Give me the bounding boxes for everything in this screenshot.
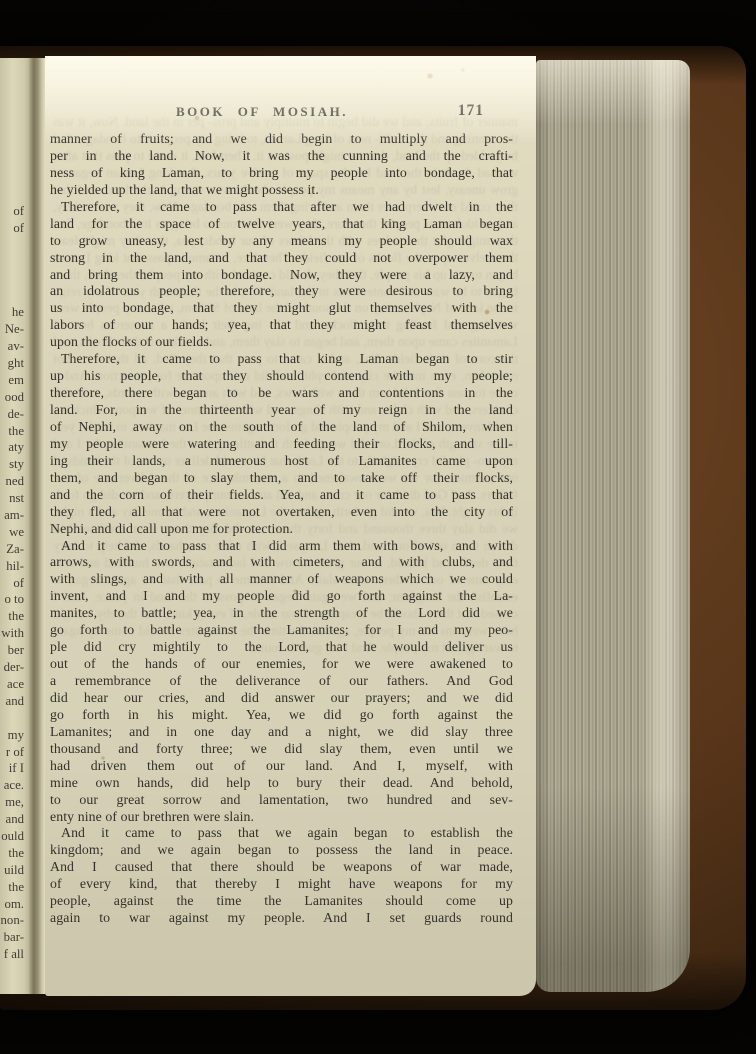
left-page-fragment: with (0, 625, 29, 642)
paragraph: And it came to pass that I did arm them … (50, 538, 513, 826)
left-page-fragment: ood (0, 389, 29, 406)
left-page-fragment: sty (0, 456, 29, 473)
left-page-fragment: aty (0, 439, 29, 456)
left-page-fragment (0, 254, 29, 271)
text-line: And it came to pass that I did arm them … (50, 538, 513, 555)
paragraph: Therefore, it came to pass that king Lam… (50, 351, 513, 537)
left-page-fragment (0, 271, 29, 288)
left-page-fragment: ace (0, 676, 29, 693)
text-line: And I caused that there should be weapon… (50, 859, 513, 876)
paragraph: And it came to pass that we again began … (50, 825, 513, 927)
text-line: and the corn of their fields. Yea, and i… (50, 487, 513, 504)
text-line: arrows, with swords, and with cimeters, … (50, 554, 513, 571)
left-page-fragment: ber (0, 642, 29, 659)
left-page-fragment: he (0, 304, 29, 321)
left-page-fragment: o to (0, 591, 29, 608)
left-page-fragment: hil- (0, 558, 29, 575)
left-page-fragment: the (0, 879, 29, 896)
left-page-fragment: bar- (0, 929, 29, 946)
left-page-fragment: ace. (0, 777, 29, 794)
text-line: my people were watering and feeding thei… (50, 436, 513, 453)
text-line: ness of king Laman, to bring my people i… (50, 165, 513, 182)
text-line: manner of fruits; and we did begin to mu… (50, 131, 513, 148)
text-line: upon the flocks of our fields. (50, 334, 513, 351)
text-line: out of the hands of our enemies, for we … (50, 656, 513, 673)
left-page-fragment (0, 287, 29, 304)
left-page-edge: ofofheNe-av-ghtemoodde-theatystynednstam… (0, 58, 29, 994)
left-page-fragment: and (0, 811, 29, 828)
text-line: again to war against my people. And I se… (50, 910, 513, 927)
text-line: per in the land. Now, it was the cunning… (50, 148, 513, 165)
left-page-fragment: Za- (0, 541, 29, 558)
text-line: up his people, that they should contend … (50, 368, 513, 385)
text-line: us into bondage, that they might glut th… (50, 300, 513, 317)
text-line: and bring them into bondage. Now, they w… (50, 267, 513, 284)
text-line: to our great sorrow and lamentation, two… (50, 792, 513, 809)
text-line: did hear our cries, and did answer our p… (50, 690, 513, 707)
left-page-fragment (0, 237, 29, 254)
text-line: mine own hands, did help to bury their d… (50, 775, 513, 792)
left-page-fragment: nst (0, 490, 29, 507)
text-line: go forth to battle against the Lamanites… (50, 622, 513, 639)
photo-background: ofofheNe-av-ghtemoodde-theatystynednstam… (0, 0, 756, 1054)
text-line: And it came to pass that we again began … (50, 825, 513, 842)
text-line: land. For, in the thirteenth year of my … (50, 402, 513, 419)
left-page-fragment: ned (0, 473, 29, 490)
left-page-fragment: de- (0, 406, 29, 423)
left-page-fragment: the (0, 608, 29, 625)
text-line: ing their lands, a numerous host of Lama… (50, 453, 513, 470)
left-page-fragment: ould (0, 828, 29, 845)
text-line: land for the space of twelve years, that… (50, 216, 513, 233)
text-line: strong in the land, and that they could … (50, 250, 513, 267)
fore-edge-pages (536, 60, 690, 992)
text-line: ple did cry mightily to the Lord, that h… (50, 639, 513, 656)
left-page-fragment: ght (0, 355, 29, 372)
left-page-fragment: the (0, 423, 29, 440)
left-page-fragment: of (0, 575, 29, 592)
text-line: they fled, all that were not overtaken, … (50, 504, 513, 521)
text-line: invent, and I and my people did go forth… (50, 588, 513, 605)
left-page-fragment: non- (0, 912, 29, 929)
left-page-fragment: uild (0, 862, 29, 879)
text-line: manites, to battle; yea, in the strength… (50, 605, 513, 622)
page-header: BOOK OF MOSIAH. 171 (49, 104, 512, 122)
page-text: manner of fruits; and we did begin to mu… (45, 131, 536, 927)
paragraph: manner of fruits; and we did begin to mu… (50, 131, 513, 199)
page-number: 171 (458, 102, 484, 120)
text-line: with slings, and with all manner of weap… (50, 571, 513, 588)
text-line: of Nephi, away on the south of the land … (50, 419, 513, 436)
left-page-fragment: if I (0, 760, 29, 777)
left-page-fragment: of (0, 220, 29, 237)
text-line: go forth in his might. Yea, we did go fo… (50, 707, 513, 724)
text-line: kingdom; and we again began to possess t… (50, 842, 513, 859)
left-page-fragment: me, (0, 794, 29, 811)
text-line: labors of our hands; yea, that they migh… (50, 317, 513, 334)
text-line: them, and began to slay them, and to tak… (50, 470, 513, 487)
text-line: enty nine of our brethren were slain. (50, 809, 513, 826)
text-line: to grow uneasy, lest by any means my peo… (50, 233, 513, 250)
left-page-fragment: am- (0, 507, 29, 524)
left-page-fragment: and (0, 693, 29, 710)
text-line: of every kind, that thereby I might have… (50, 876, 513, 893)
paragraph: Therefore, it came to pass that after we… (50, 199, 513, 351)
text-line: he yielded up the land, that we might po… (50, 182, 513, 199)
text-line: had driven them out of our land. And I, … (50, 758, 513, 775)
text-line: people, against the time the Lamanites s… (50, 893, 513, 910)
text-line: Therefore, it came to pass that after we… (50, 199, 513, 216)
left-page-fragment: Ne- (0, 321, 29, 338)
text-line: therefore, there began to be wars and co… (50, 385, 513, 402)
left-page-fragment: av- (0, 338, 29, 355)
text-line: an idolatrous people; therefore, they we… (50, 283, 513, 300)
text-line: Lamanites; and in one day and a night, w… (50, 724, 513, 741)
left-page-fragment: r of (0, 744, 29, 761)
running-title: BOOK OF MOSIAH. (176, 104, 348, 120)
left-page-fragments: ofofheNe-av-ghtemoodde-theatystynednstam… (0, 58, 29, 963)
text-line: Therefore, it came to pass that king Lam… (50, 351, 513, 368)
book-gutter (29, 58, 45, 994)
left-page-fragment: om. (0, 896, 29, 913)
left-page-fragment: em (0, 372, 29, 389)
left-page-fragment: we (0, 524, 29, 541)
left-page-fragment: the (0, 845, 29, 862)
left-page-fragment: f all (0, 946, 29, 963)
text-line: Nephi, and did call upon me for protecti… (50, 521, 513, 538)
left-page-fragment: der- (0, 659, 29, 676)
left-page-fragment: my (0, 727, 29, 744)
left-page-fragment (0, 710, 29, 727)
book-page: manner of fruits; and we did begin to mu… (45, 56, 536, 996)
text-line: a remembrance of the deliverance of our … (50, 673, 513, 690)
book-cover: ofofheNe-av-ghtemoodde-theatystynednstam… (0, 46, 746, 1010)
left-page-fragment: of (0, 203, 29, 220)
text-line: thousand and forty three; we did slay th… (50, 741, 513, 758)
